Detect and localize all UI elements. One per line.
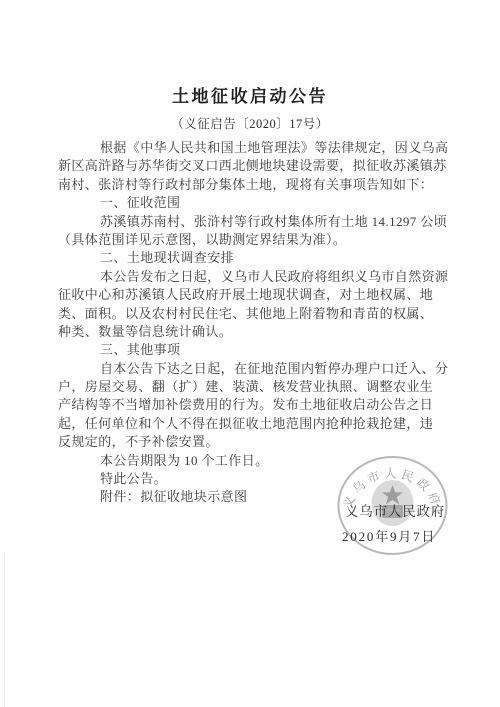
document-number: （义征启告〔2020〕17号） [0,114,500,132]
body-line: 根据《中华人民共和国土地管理法》等法律规定，因义乌高 [58,139,442,157]
signature-authority: 义乌市人民政府 [345,500,445,520]
body-line: 产结构等不当增加补偿费用的行为。发布土地征收启动公告之日 [58,396,442,414]
body-line: 新区高浒路与苏华街交叉口西北侧地块建设需要，拟征收苏溪镇苏 [58,157,442,175]
body-line: （具体范围详见示意图，以勘测定界结果为准）。 [58,231,442,249]
body-line: 反规定的，不予补偿安置。 [58,433,442,451]
body-line: 类、面积。以及农村村民住宅、其他地上附着物和青苗的权属、 [58,305,442,323]
body-line: 本公告发布之日起，义乌市人民政府将组织义乌市自然资源 [58,268,442,286]
body-line: 一、征收范围 [58,194,442,212]
body-line: 苏溪镇苏南村、张浒村等行政村集体所有土地 14.1297 公顷 [58,213,442,231]
signature-date: 2020年9月7日 [342,526,436,545]
page-title: 土地征收启动公告 [0,82,500,107]
body-line: 南村、张浒村等行政村部分集体土地，现将有关事项告知如下： [58,176,442,194]
body-line: 二、土地现状调查安排 [58,249,442,267]
scan-edge-artifact [4,552,5,707]
body-line: 三、其他事项 [58,341,442,359]
body-line: 种类、数量等信息统计确认。 [58,323,442,341]
body-line: 起，任何单位和个人不得在拟征收土地范围内抢种抢栽抢建，违 [58,415,442,433]
scanned-document-page: 土地征收启动公告 （义征启告〔2020〕17号） 根据《中华人民共和国土地管理法… [0,0,500,707]
body-line: 自本公告下达之日起，在征地范围内暂停办理户口迁入、分 [58,360,442,378]
document-body: 根据《中华人民共和国土地管理法》等法律规定，因义乌高新区高浒路与苏华街交叉口西北… [58,139,442,507]
body-line: 征收中心和苏溪镇人民政府开展土地现状调查，对土地权属、地 [58,286,442,304]
body-line: 户，房屋交易、翻（扩）建、装潢、核发营业执照、调整农业生 [58,378,442,396]
